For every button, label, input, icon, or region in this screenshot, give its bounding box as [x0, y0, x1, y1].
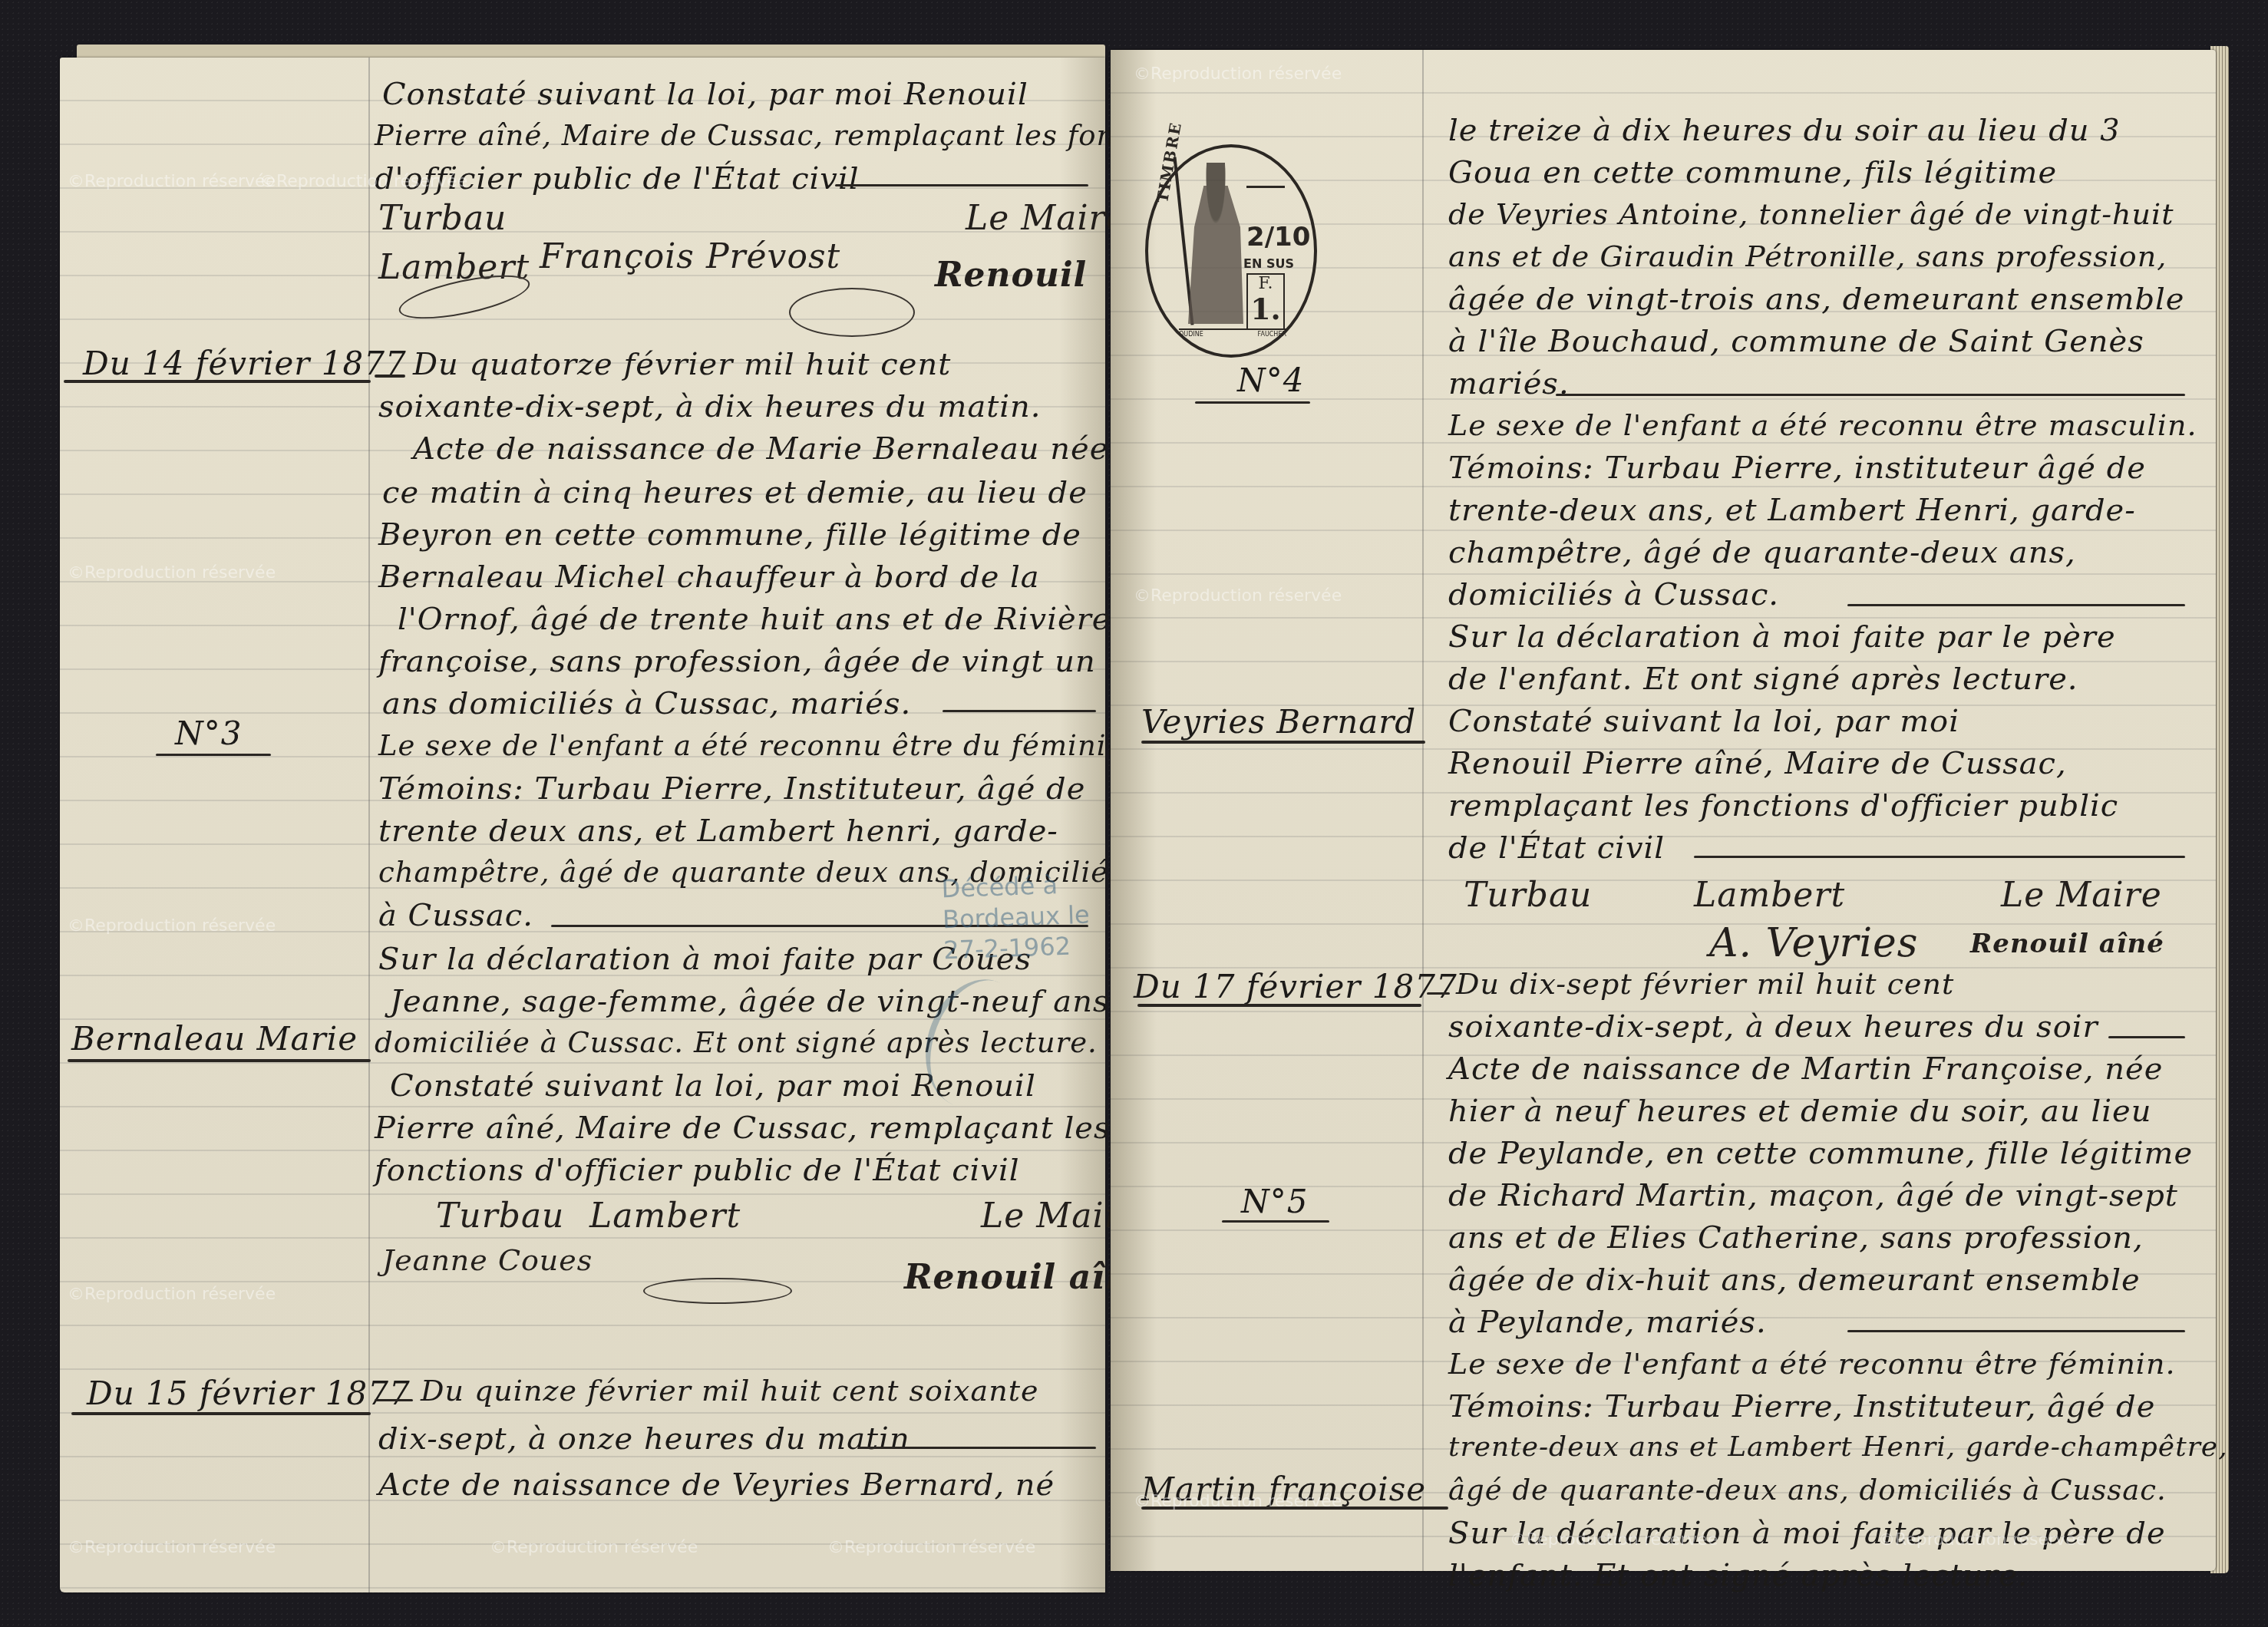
text-line: Sur la déclaration à moi faite par Coues	[378, 944, 1032, 975]
signature-francois-prevost: François Prévost	[540, 240, 840, 274]
text-line: l'enfant. Et ont signé après lecture.	[1448, 1560, 2029, 1591]
watermark: ©Reproduction réservée	[490, 1539, 698, 1557]
text-line: âgée de vingt-trois ans, demeurant ensem…	[1448, 284, 2185, 315]
death-annotation-stamp: Décédé à Bordeaux le 27-2-1962	[941, 869, 1091, 966]
signature-le-maire-label: Le Maire	[2001, 879, 2162, 913]
signature-jeanne-coues: Jeanne Coues	[382, 1246, 593, 1275]
margin-name: Veyries Bernard	[1141, 706, 1416, 738]
margin-rule	[368, 58, 370, 1592]
text-line: Acte de naissance de Marie Bernaleau née	[413, 434, 1108, 464]
signature-a-veyries: A. Veyries	[1709, 923, 1919, 963]
signature-renouil: Renouil	[935, 259, 1087, 292]
text-line: champêtre, âgé de quarante-deux ans,	[1448, 537, 2076, 568]
text-line: de Richard Martin, maçon, âgé de vingt-s…	[1448, 1180, 2178, 1211]
text-line: Constaté suivant la loi, par moi	[1448, 706, 1959, 737]
text-line: Acte de naissance de Veyries Bernard, né	[378, 1470, 1055, 1500]
text-line: Le sexe de l'enfant a été reconnu être m…	[1448, 411, 2197, 440]
signature-lambert: Lambert	[589, 1200, 741, 1233]
margin-name: Bernaleau Marie	[71, 1023, 358, 1055]
text-line: ce matin à cinq heures et demie, au lieu…	[382, 477, 1088, 508]
text-line: Renouil Pierre aîné, Maire de Cussac,	[1448, 748, 2067, 779]
text-line: fonctions d'officier public de l'État ci…	[375, 1155, 1020, 1186]
text-line: Sur la déclaration à moi faite par le pè…	[1448, 1518, 2166, 1549]
act-number-underline	[1222, 1220, 1329, 1223]
fill-line	[1556, 394, 2185, 396]
text-line: Beyron en cette commune, fille légitime …	[378, 520, 1081, 550]
text-line: à Cussac.	[378, 900, 533, 931]
text-line: domiciliés à Cussac.	[1448, 579, 1779, 610]
watermark: ©Reproduction réservée	[68, 1285, 276, 1304]
text-line: trente-deux ans, et Lambert Henri, garde…	[1448, 495, 2136, 526]
stamp-label: TIMBRE	[1153, 120, 1185, 204]
act-number-underline	[156, 754, 271, 756]
text-line: ans domiciliés à Cussac, mariés.	[382, 688, 911, 719]
text-line: Pierre aîné, Maire de Cussac, remplaçant…	[375, 1113, 1110, 1144]
tax-stamp: TIMBRE 2/10 EN SUS F. 1. OUDINE FAUCHER	[1145, 144, 1317, 358]
text-line: dix-sept, à onze heures du matin	[378, 1424, 910, 1454]
text-line: âgée de dix-huit ans, demeurant ensemble	[1448, 1265, 2141, 1295]
signature-turbau: Turbau	[1464, 879, 1592, 913]
margin-underline	[1141, 1507, 1448, 1510]
watermark: ©Reproduction réservée	[1134, 587, 1342, 606]
left-page: Constaté suivant la loi, par moi Renouil…	[60, 58, 1105, 1592]
signature-turbau: Turbau	[436, 1200, 564, 1233]
text-line: l'Ornof, âgé de trente huit ans et de Ri…	[398, 604, 1111, 635]
stamp-value: 2/10	[1246, 224, 1310, 250]
text-line: Pierre aîné, Maire de Cussac, remplaçant…	[375, 121, 1207, 150]
text-line: Le sexe de l'enfant a été reconnu être f…	[1448, 1349, 2176, 1378]
text-line: le treize à dix heures du soir au lieu d…	[1448, 115, 2121, 146]
watermark: ©Reproduction réservée	[827, 1539, 1035, 1557]
text-line: ans et de Elies Catherine, sans professi…	[1448, 1223, 2144, 1253]
lead-dash	[375, 375, 405, 378]
fill-line	[1694, 856, 2185, 858]
text-line: Bernaleau Michel chauffeur à bord de la	[378, 562, 1040, 592]
text-line: à Peylande, mariés.	[1448, 1307, 1767, 1338]
margin-name: Martin françoise	[1141, 1474, 1426, 1506]
margin-underline	[68, 1059, 371, 1062]
text-line: hier à neuf heures et demie du soir, au …	[1448, 1096, 2151, 1127]
text-line: françoise, sans profession, âgée de ving…	[378, 646, 1096, 677]
book-top-edge	[77, 45, 1105, 58]
margin-rule	[1422, 50, 1424, 1571]
justice-figure-icon	[1185, 163, 1246, 324]
watermark: ©Reproduction réservée	[68, 173, 276, 191]
margin-underline	[1137, 1004, 1421, 1007]
text-line: de Veyries Antoine, tonnelier âgé de vin…	[1448, 200, 2174, 229]
margin-date: Du 15 février 1877	[87, 1378, 411, 1410]
stamp-engravers: OUDINE FAUCHER	[1179, 328, 1286, 338]
text-line: Témoins: Turbau Pierre, instituteur âgé …	[1448, 453, 2146, 483]
text-line: Témoins: Turbau Pierre, Instituteur, âgé…	[378, 774, 1085, 804]
text-line: trente deux ans, et Lambert henri, garde…	[378, 816, 1058, 847]
watermark: ©Reproduction réservée	[68, 917, 276, 936]
signature-flourish	[643, 1278, 792, 1304]
margin-underline	[64, 380, 371, 383]
act-number-underline	[1195, 401, 1310, 404]
fill-line	[1847, 1330, 2185, 1332]
lead-dash	[375, 1399, 413, 1401]
text-line: Sur la déclaration à moi faite par le pè…	[1448, 622, 2116, 652]
lead-dash	[1427, 992, 1450, 995]
fill-line	[835, 184, 1088, 186]
text-line: de Peylande, en cette commune, fille lég…	[1448, 1138, 2193, 1169]
watermark: ©Reproduction réservée	[68, 1539, 276, 1557]
annotation-line: Bordeaux le	[942, 899, 1090, 936]
fill-line	[2108, 1036, 2185, 1038]
text-line: Constaté suivant la loi, par moi Renouil	[382, 79, 1028, 110]
text-line: à l'île Bouchaud, commune de Saint Genès	[1448, 326, 2144, 357]
signature-renouil: Renouil aîné	[1970, 931, 2164, 957]
right-page: TIMBRE 2/10 EN SUS F. 1. OUDINE FAUCHER …	[1111, 50, 2216, 1571]
text-line: Le sexe de l'enfant a été reconnu être d…	[378, 731, 1135, 760]
scales-icon	[1246, 186, 1285, 211]
fill-line	[1847, 604, 2185, 606]
stamp-en-sus: EN SUS	[1243, 256, 1294, 271]
signature-lambert: Lambert	[1694, 879, 1845, 913]
act-number: N°3	[175, 718, 242, 750]
signature-flourish	[789, 288, 915, 337]
margin-date: Du 17 février 1877	[1134, 971, 1458, 1003]
margin-date: Du 14 février 1877	[83, 348, 407, 380]
signature-turbau: Turbau	[378, 202, 507, 236]
text-line: mariés.	[1448, 368, 1570, 399]
margin-underline	[71, 1412, 371, 1415]
annotation-line: 27-2-1962	[943, 930, 1091, 966]
annotation-line: Décédé à	[941, 869, 1089, 905]
text-line: Acte de naissance de Martin Françoise, n…	[1448, 1054, 2163, 1084]
text-line: Du quinze février mil huit cent soixante	[421, 1376, 1038, 1405]
text-line: Goua en cette commune, fils légitime	[1448, 157, 2057, 188]
fill-line	[943, 710, 1096, 712]
watermark: ©Reproduction réservée	[68, 564, 276, 582]
text-line: Du quatorze février mil huit cent	[413, 349, 951, 380]
text-line: soixante-dix-sept, à dix heures du matin…	[378, 391, 1042, 422]
act-number: N°5	[1241, 1186, 1308, 1218]
watermark: ©Reproduction réservée	[1134, 65, 1342, 84]
text-line: de l'enfant. Et ont signé après lecture.	[1448, 664, 2078, 695]
text-line: âgé de quarante-deux ans, domiciliés à C…	[1448, 1476, 2167, 1504]
text-line: d'officier public de l'État civil	[375, 163, 860, 194]
margin-underline	[1141, 741, 1425, 744]
stamp-franc-box: F. 1.	[1246, 273, 1285, 330]
signature-le-maire-label: Le Maire	[966, 202, 1127, 236]
text-line: Du dix-sept février mil huit cent	[1456, 969, 1954, 998]
text-line: de l'État civil	[1448, 833, 1665, 863]
text-line: soixante-dix-sept, à deux heures du soir	[1448, 1012, 2098, 1042]
text-line: ans et de Giraudin Pétronille, sans prof…	[1448, 242, 2167, 271]
text-line: Témoins: Turbau Pierre, Instituteur, âgé…	[1448, 1391, 2155, 1422]
act-number: N°4	[1237, 365, 1304, 397]
text-line: remplaçant les fonctions d'officier publ…	[1448, 790, 2118, 821]
text-line: trente-deux ans et Lambert Henri, garde-…	[1448, 1434, 2228, 1461]
fill-line	[858, 1447, 1096, 1449]
